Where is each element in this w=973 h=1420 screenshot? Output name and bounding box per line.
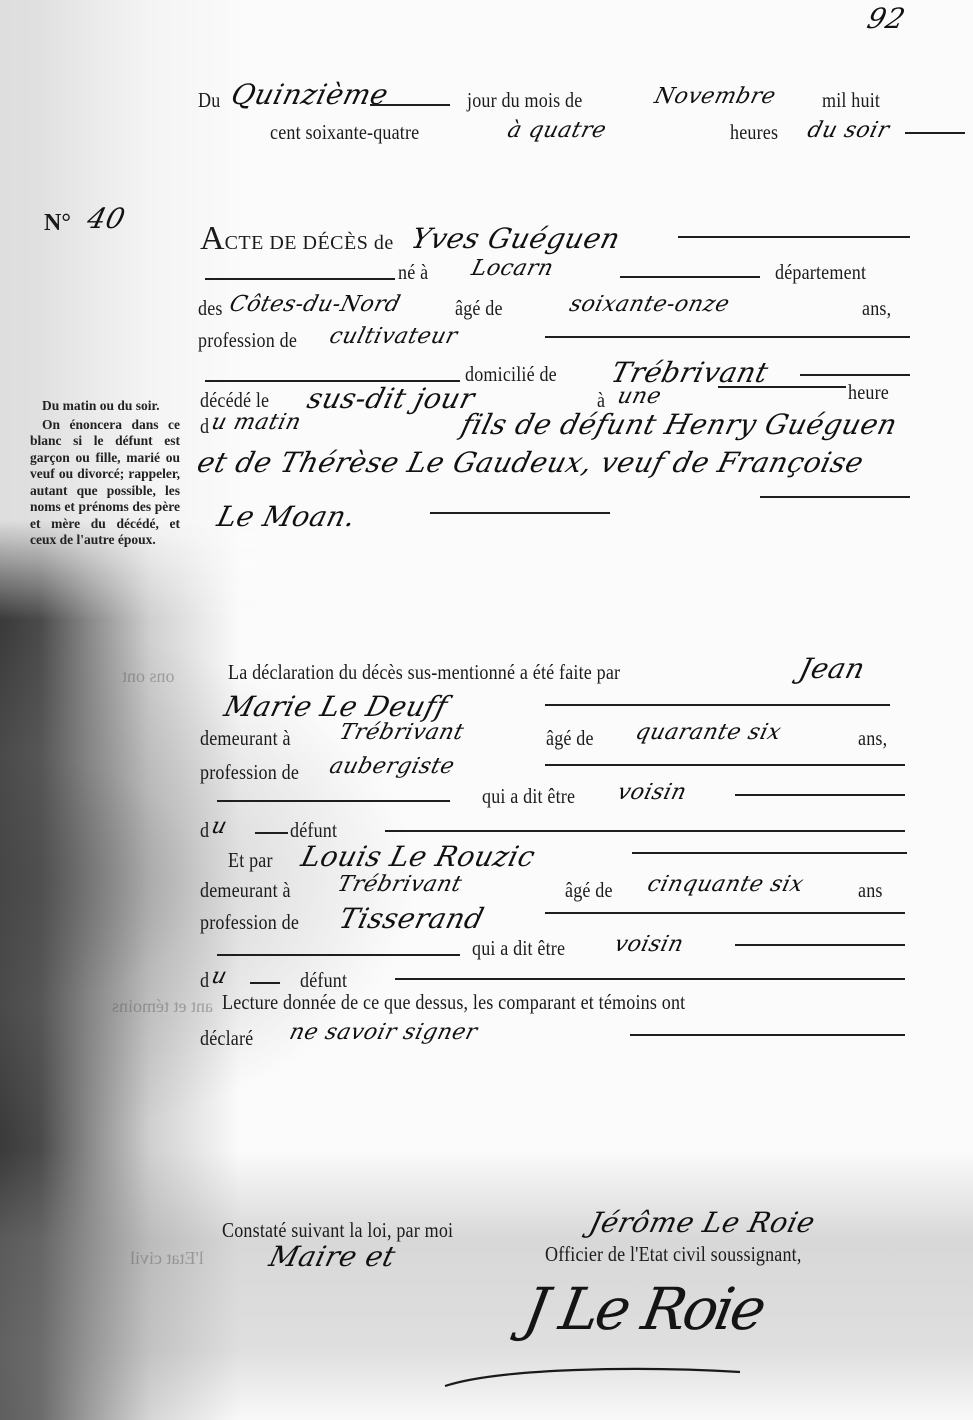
declarant-2-age-label: âgé de <box>565 878 613 903</box>
bleed-through-text: ant et témoins <box>112 996 213 1017</box>
rule <box>255 832 288 834</box>
declarant-1-relation-label: qui a dit être <box>482 784 575 809</box>
page-number: 92 <box>868 2 905 35</box>
birthplace: Locarn <box>472 256 553 281</box>
rule <box>545 912 905 914</box>
deceased-name: Yves Guéguen <box>412 222 620 255</box>
header-time-of-day: du soir <box>808 118 889 143</box>
declared-value: ne savoir signer <box>290 1020 477 1045</box>
declarant-2-profession: Tisserand <box>340 902 483 935</box>
declarant-2-intro: Et par <box>228 848 273 873</box>
acte-number-label: N° <box>44 210 71 237</box>
declarant-1-ans-label: ans, <box>858 726 887 751</box>
header-year-1: mil huit <box>822 88 880 113</box>
domicile-label: domicilié de <box>465 362 557 387</box>
bleed-through-text: ons ont <box>122 666 175 687</box>
header-hour-label: heures <box>730 120 778 145</box>
filiation-line-2: et de Thérèse Le Gaudeux, veuf de Franço… <box>198 446 863 479</box>
declarant-2-du-prefix: d <box>200 968 209 993</box>
declaration-intro: La déclaration du décès sus-mentionné a … <box>228 660 620 685</box>
rule <box>545 764 905 766</box>
age-label: âgé de <box>455 296 503 321</box>
death-hour: une <box>618 384 661 409</box>
declarant-1-age-label: âgé de <box>546 726 594 751</box>
declarant-2-residence: Trébrivant <box>338 872 461 897</box>
officer-signature: J Le Roie <box>519 1275 768 1343</box>
declarant-1-du-suffix: u <box>212 814 227 839</box>
rule <box>735 794 905 796</box>
declarant-1-name-part-1: Jean <box>800 652 865 685</box>
declarant-2-profession-label: profession de <box>200 910 299 935</box>
death-period: u matin <box>212 410 301 435</box>
deceased-profession: cultivateur <box>330 324 457 349</box>
rule <box>545 336 910 338</box>
rule <box>217 800 450 802</box>
declarant-1-age: quarante six <box>636 720 781 745</box>
rule <box>630 1034 905 1036</box>
rule <box>385 830 905 832</box>
declarant-1-residence-label: demeurant à <box>200 726 291 751</box>
officer-title-printed: Officier de l'Etat civil soussignant, <box>545 1242 802 1267</box>
heure-label: heure <box>848 380 889 405</box>
departement-label: département <box>775 260 866 285</box>
declarant-2-name: Louis Le Rouzic <box>302 840 535 873</box>
rule <box>370 104 450 106</box>
bleed-through-text: l'Etat civil <box>130 1248 204 1269</box>
acte-number: 40 <box>88 202 125 235</box>
declarant-2-du-suffix: u <box>212 964 227 989</box>
header-year-2: cent soixante-quatre <box>270 120 419 145</box>
death-day: sus-dit jour <box>308 382 474 415</box>
rule <box>395 978 905 980</box>
header-jour-label: jour du mois de <box>467 88 582 113</box>
departement-value: Côtes-du-Nord <box>230 292 400 317</box>
officer-title-handwritten: Maire et <box>270 1240 395 1273</box>
declared-label: déclaré <box>200 1026 253 1051</box>
rule <box>250 982 280 984</box>
margin-instructions: Du matin ou du soir. On énoncera dans ce… <box>30 398 180 549</box>
rule <box>632 852 907 854</box>
declarant-1-du-prefix: d <box>200 818 209 843</box>
ans-label: ans, <box>862 296 891 321</box>
profession-label: profession de <box>198 328 297 353</box>
rule <box>217 954 460 956</box>
rule <box>760 496 910 498</box>
declarant-1-residence: Trébrivant <box>340 720 463 745</box>
header-hour: à quatre <box>508 118 606 143</box>
scan-shadow-left <box>0 0 260 1420</box>
declarant-2-relation-label: qui a dit être <box>472 936 565 961</box>
declarant-1-relation: voisin <box>618 780 686 805</box>
deceased-age: soixante-onze <box>570 292 729 317</box>
header-month: Novembre <box>655 84 775 109</box>
officer-name: Jérôme Le Roie <box>590 1206 815 1239</box>
declarant-2-ans-label: ans <box>858 878 883 903</box>
born-label: né à <box>398 260 428 285</box>
rule <box>800 374 910 376</box>
rule <box>430 512 610 514</box>
header-day: Quinzième <box>232 78 388 111</box>
signature-flourish-icon <box>440 1358 760 1398</box>
declarant-2-age: cinquante six <box>648 872 803 897</box>
header-du-label: Du <box>198 88 220 113</box>
declarant-1-name-part-2: Marie Le Deuff <box>225 690 447 723</box>
rule <box>205 278 395 280</box>
des-label: des <box>198 296 223 321</box>
rule <box>735 944 905 946</box>
rule <box>545 704 890 706</box>
declarant-2-relation: voisin <box>615 932 683 957</box>
declarant-2-residence-label: demeurant à <box>200 878 291 903</box>
filiation-line-1: fils de défunt Henry Guéguen <box>462 408 897 441</box>
rule <box>905 132 965 134</box>
du-prefix: d <box>200 414 209 439</box>
lecture-statement: Lecture donnée de ce que dessus, les com… <box>222 990 685 1015</box>
rule <box>678 236 910 238</box>
filiation-line-3: Le Moan. <box>218 500 355 533</box>
rule <box>620 276 760 278</box>
acte-title: ACTE DE DÉCÈS de <box>200 220 394 258</box>
rule <box>718 386 846 388</box>
declarant-1-profession: aubergiste <box>330 754 454 779</box>
declarant-1-profession-label: profession de <box>200 760 299 785</box>
